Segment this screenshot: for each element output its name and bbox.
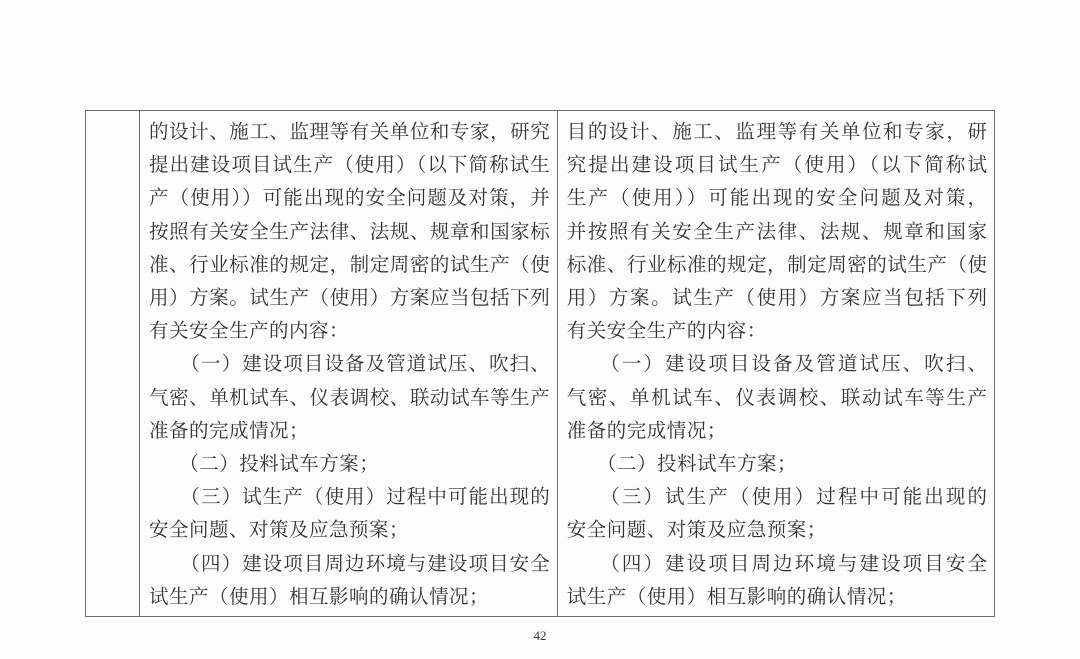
- text-line: 生产（使用））可能出现的安全问题及对策，: [567, 182, 987, 215]
- text-line: 气密、单机试车、仪表调校、联动试车等生产: [567, 382, 987, 415]
- right-text-cell: 目的设计、施工、监理等有关单位和专家，研究提出建设项目试生产（使用）（以下简称试…: [558, 111, 994, 616]
- text-line: 准、行业标准的规定，制定周密的试生产（使: [149, 249, 550, 282]
- text-line: 并按照有关安全生产法律、法规、规章和国家: [567, 216, 987, 249]
- text-line: 用）方案。试生产（使用）方案应当包括下列: [149, 282, 550, 315]
- document-page: 的设计、施工、监理等有关单位和专家，研究提出建设项目试生产（使用）（以下简称试生…: [0, 0, 1080, 659]
- text-line: （四）建设项目周边环境与建设项目安全: [149, 548, 550, 581]
- left-text-cell: 的设计、施工、监理等有关单位和专家，研究提出建设项目试生产（使用）（以下简称试生…: [140, 111, 558, 616]
- text-line: 准备的完成情况；: [567, 415, 987, 448]
- text-line: （二）投料试车方案；: [149, 448, 550, 481]
- row-label-cell: [86, 111, 140, 616]
- text-line: （四）建设项目周边环境与建设项目安全: [567, 548, 987, 581]
- text-line: 提出建设项目试生产（使用）（以下简称试生: [149, 149, 550, 182]
- text-line: （三）试生产（使用）过程中可能出现的: [567, 481, 987, 514]
- text-line: 试生产（使用）相互影响的确认情况；: [567, 581, 987, 614]
- text-line: 按照有关安全生产法律、法规、规章和国家标: [149, 216, 550, 249]
- text-line: 产（使用））可能出现的安全问题及对策，并: [149, 182, 550, 215]
- text-line: 气密、单机试车、仪表调校、联动试车等生产: [149, 382, 550, 415]
- text-line: 标准、行业标准的规定，制定周密的试生产（使: [567, 249, 987, 282]
- text-line: 准备的完成情况；: [149, 415, 550, 448]
- text-line: 目的设计、施工、监理等有关单位和专家，研: [567, 116, 987, 149]
- text-line: 有关安全生产的内容：: [149, 315, 550, 348]
- text-line: 的设计、施工、监理等有关单位和专家，研究: [149, 116, 550, 149]
- page-number: 42: [0, 628, 1080, 644]
- text-line: 有关安全生产的内容：: [567, 315, 987, 348]
- text-line: 试生产（使用）相互影响的确认情况；: [149, 581, 550, 614]
- text-line: （三）试生产（使用）过程中可能出现的: [149, 481, 550, 514]
- text-line: （一）建设项目设备及管道试压、吹扫、: [567, 348, 987, 381]
- text-line: （一）建设项目设备及管道试压、吹扫、: [149, 348, 550, 381]
- comparison-table: 的设计、施工、监理等有关单位和专家，研究提出建设项目试生产（使用）（以下简称试生…: [85, 110, 995, 617]
- text-line: 安全问题、对策及应急预案；: [149, 514, 550, 547]
- text-line: （二）投料试车方案；: [567, 448, 987, 481]
- text-line: 安全问题、对策及应急预案；: [567, 514, 987, 547]
- text-line: 用）方案。试生产（使用）方案应当包括下列: [567, 282, 987, 315]
- text-line: 究提出建设项目试生产（使用）（以下简称试: [567, 149, 987, 182]
